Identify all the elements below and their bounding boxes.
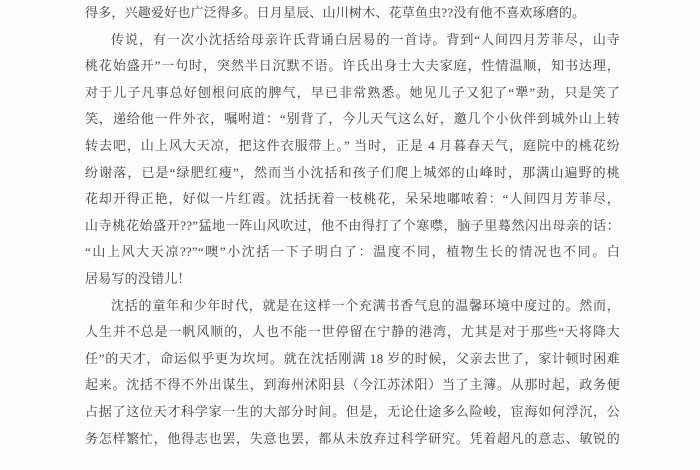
text-line: 务怎样繁忙，他得志也罢，失意也罢，都从未放弃过科学研究。凭着超凡的意志、敏锐的 bbox=[85, 426, 620, 453]
text-line: 人生并不总是一帆风顺的，人也不能一世停留在宁静的港湾，尤其是对于那些“天将降大 bbox=[85, 319, 620, 346]
document-text-block: 得多，兴趣爱好也广泛得多。日月星辰、山川树木、花草鱼虫??没有他不喜欢琢磨的。 … bbox=[85, 0, 620, 452]
text-line: 山寺桃花始盛开??”猛地一阵山风吹过，他不由得打了个寒噤，脑子里蓦然闪出母亲的话… bbox=[85, 213, 620, 240]
text-line: 沈括的童年和少年时代，就是在这样一个充满书香气息的温馨环境中度过的。然而， bbox=[85, 293, 620, 320]
text-line: 得多，兴趣爱好也广泛得多。日月星辰、山川树木、花草鱼虫??没有他不喜欢琢磨的。 bbox=[85, 0, 620, 27]
text-line: 转去吧，山上风大天凉，把这件衣服带上。” 当时，正是 4 月暮春天气，庭院中的桃… bbox=[85, 133, 620, 160]
text-line: 起来。沈括不得不外出谋生，到海州沭阳县（今江苏沭阳）当了主簿。从那时起，政务便 bbox=[85, 372, 620, 399]
text-line: “山上风大天凉??”“噢”小沈括一下子明白了：温度不同，植物生长的情况也不同。白 bbox=[85, 239, 620, 266]
text-line: 笑，递给他一件外衣，嘱咐道：“别背了，今儿天气这么好，邀几个小伙伴到城外山上转 bbox=[85, 106, 620, 133]
document-page: 得多，兴趣爱好也广泛得多。日月星辰、山川树木、花草鱼虫??没有他不喜欢琢磨的。 … bbox=[0, 0, 700, 470]
text-line: 对于儿子凡事总好刨根问底的脾气，早已非常熟悉。她见儿子又犯了“犟”劲，只是笑了 bbox=[85, 80, 620, 107]
text-line: 占据了这位天才科学家一生的大部分时间。但是，无论仕途多么险峻，宦海如何浮沉，公 bbox=[85, 399, 620, 426]
text-line: 居易写的没错儿！ bbox=[85, 266, 620, 293]
text-line: 传说，有一次小沈括给母亲许氏背诵白居易的一首诗。背到“人间四月芳菲尽，山寺 bbox=[85, 27, 620, 54]
text-line: 纷谢落，已是“绿肥红瘦”，然而当小沈括和孩子们爬上城郊的山峰时，那满山遍野的桃 bbox=[85, 160, 620, 187]
text-line: 桃花始盛开”一句时，突然半日沉默不语。许氏出身士大夫家庭，性情温顺，知书达理， bbox=[85, 53, 620, 80]
text-line: 任”的天才，命运似乎更为坎坷。就在沈括刚满 18 岁的时候，父亲去世了，家计顿时… bbox=[85, 346, 620, 373]
text-line: 花却开得正艳，好似一片红霞。沈括抚着一枝桃花，呆呆地嘟哝着：“人间四月芳菲尽， bbox=[85, 186, 620, 213]
